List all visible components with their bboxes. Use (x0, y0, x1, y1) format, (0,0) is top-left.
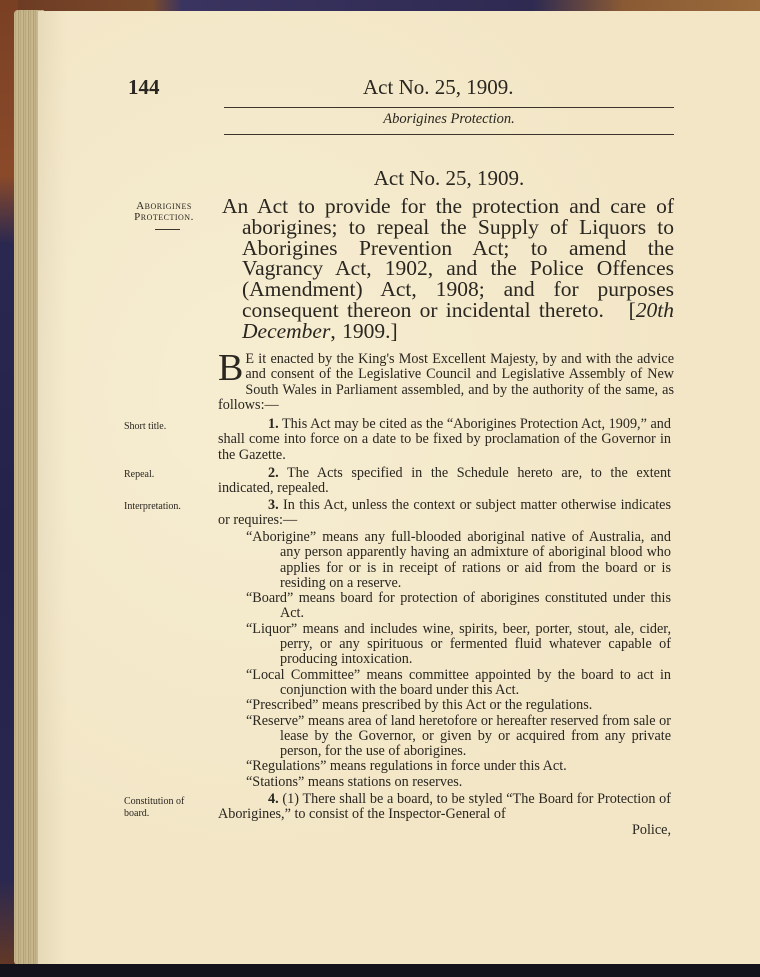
section-text: (1) There shall be a board, to be styled… (218, 791, 671, 822)
margin-note-constitution-of-board: Constitution of board. (124, 796, 204, 820)
section-2: 2. The Acts specified in the Schedule he… (218, 466, 671, 497)
section-number: 1. (268, 416, 279, 432)
margin-title: Aborigines Protection. (124, 201, 204, 223)
drop-cap: B (218, 353, 243, 383)
section-1: 1. This Act may be cited as the “Aborigi… (218, 417, 671, 463)
enacting-clause: BE it enacted by the King's Most Excelle… (218, 352, 674, 413)
definition-liquor: “Liquor” means and includes wine, spirit… (246, 622, 671, 668)
margin-title-line2: Protection. (124, 212, 204, 223)
running-subhead: Aborigines Protection. (224, 111, 674, 128)
long-title-text: An Act to provide for the protection and… (222, 194, 674, 322)
section-number: 4. (268, 791, 279, 807)
running-title: Act No. 25, 1909. (363, 75, 514, 100)
section-number: 2. (268, 465, 279, 481)
definition-aborigine: “Aborigine” means any full-blooded abori… (246, 530, 671, 591)
assent-open: [ (629, 298, 636, 322)
long-title: An Act to provide for the protection and… (222, 196, 674, 342)
section-4: 4. (1) There shall be a board, to be sty… (218, 792, 671, 838)
running-head: 144 Act No. 25, 1909. (128, 75, 674, 105)
section-text: In this Act, unless the context or subje… (218, 497, 671, 528)
definition-prescribed: “Prescribed” means prescribed by this Ac… (246, 698, 671, 713)
section-text: This Act may be cited as the “Aborigines… (218, 416, 671, 463)
margin-note-repeal: Repeal. (124, 469, 154, 481)
enacting-text: E it enacted by the King's Most Excellen… (218, 351, 674, 413)
section-number: 3. (268, 497, 279, 513)
section-text: The Acts specified in the Schedule heret… (218, 465, 671, 496)
page-number: 144 (128, 75, 160, 100)
header-rule-bottom (224, 134, 674, 135)
section-continuation: Police, (218, 823, 671, 838)
margin-note-short-title: Short title. (124, 421, 166, 433)
definition-local-committee: “Local Committee” means committee appoin… (246, 668, 671, 699)
definition-reserve: “Reserve” means area of land heretofore … (246, 714, 671, 760)
margin-title-dash (155, 229, 180, 230)
definition-stations: “Stations” means stations on reserves. (246, 775, 671, 790)
definitions-list: “Aborigine” means any full-blooded abori… (246, 530, 671, 790)
definition-board: “Board” means board for protection of ab… (246, 591, 671, 622)
bottom-shadow (0, 964, 760, 977)
margin-note-interpretation: Interpretation. (124, 501, 181, 513)
section-3: 3. In this Act, unless the context or su… (218, 498, 671, 529)
header-rule-top (224, 107, 674, 108)
act-heading: Act No. 25, 1909. (224, 166, 674, 191)
assent-close: , 1909.] (330, 319, 397, 343)
definition-regulations: “Regulations” means regulations in force… (246, 759, 671, 774)
